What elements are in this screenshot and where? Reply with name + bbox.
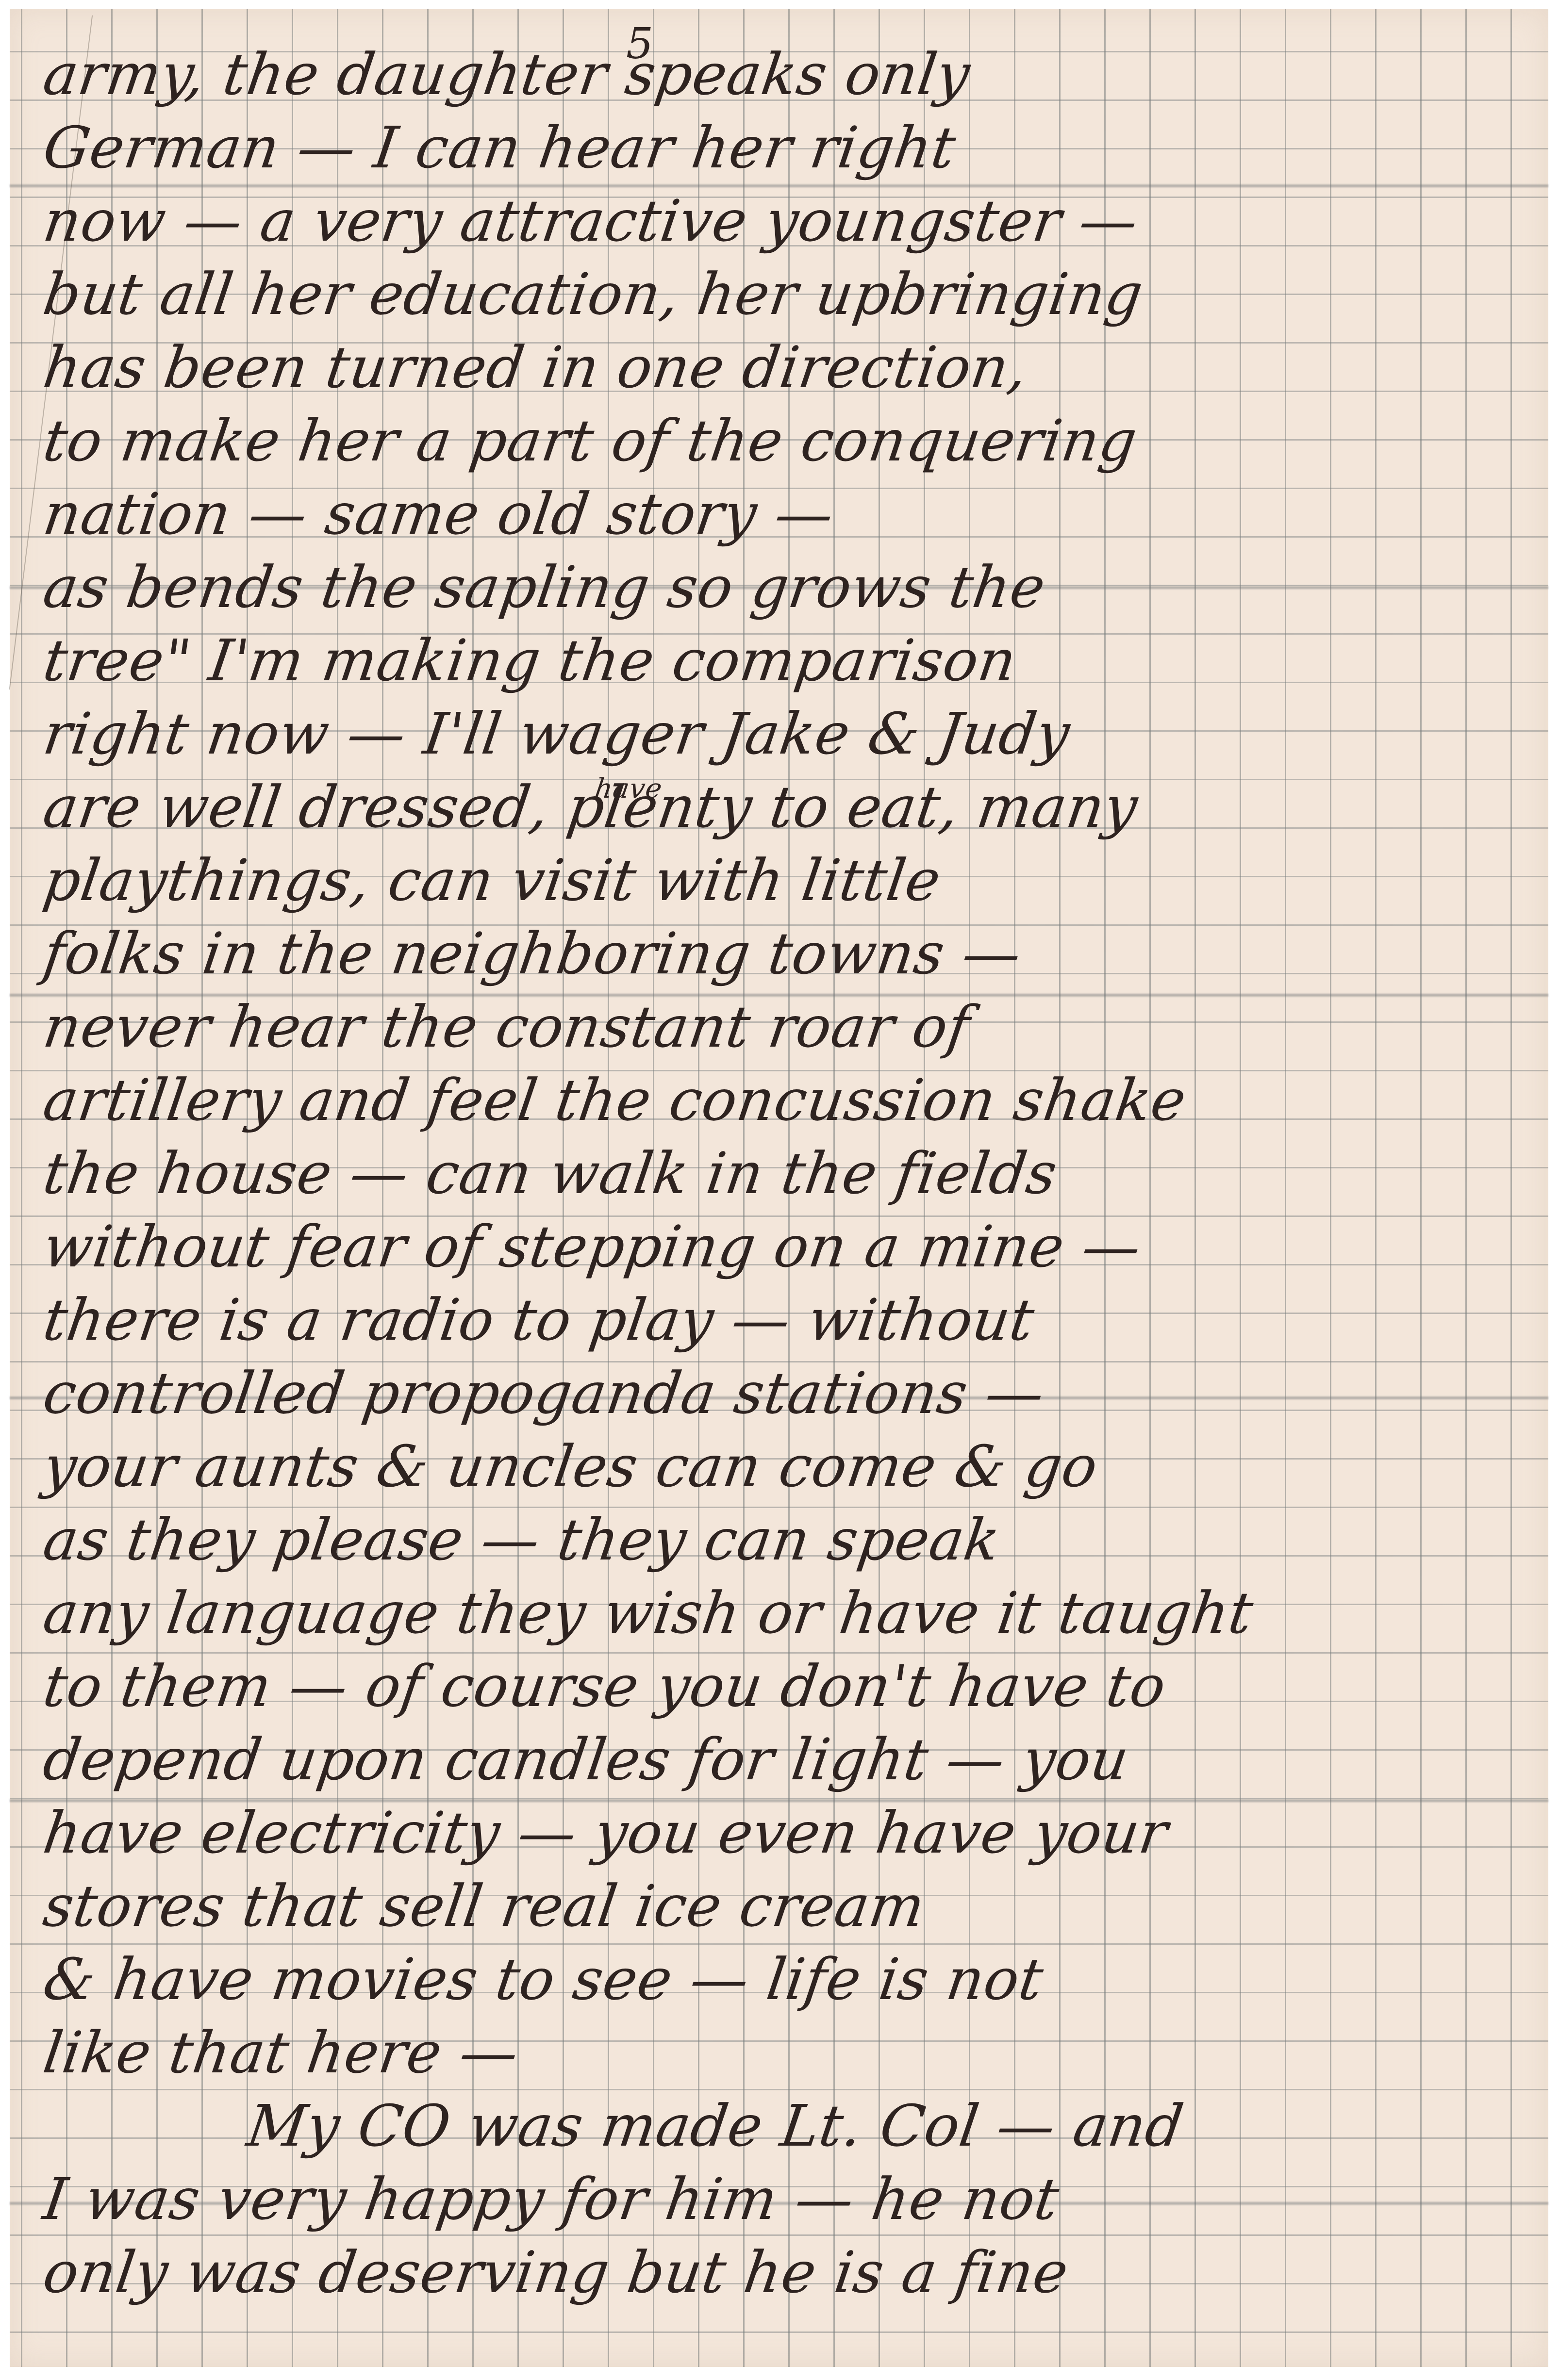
text-line: nation — same old story — [39, 477, 1544, 551]
inserted-word: have [593, 775, 664, 803]
text-line: to them — of course you don't have to [39, 1650, 1544, 1723]
letter-page: 5 army, the daughter speaks only German … [10, 9, 1548, 2367]
text-line-content: as they please — they can speak [39, 1506, 1004, 1573]
text-line-with-insertion: have are well dressed, plenty to eat, ma… [39, 771, 1544, 844]
text-line: the house — can walk in the fields [39, 1137, 1544, 1210]
text-line: have electricity — you even have your [39, 1796, 1544, 1870]
text-line: your aunts & uncles can come & go [39, 1430, 1544, 1503]
text-line: stores that sell real ice cream [39, 1870, 1544, 1943]
text-line: depend upon candles for light — you [39, 1723, 1544, 1796]
text-line: as bends the sapling so grows the [39, 551, 1544, 624]
text-line: without fear of stepping on a mine — [39, 1210, 1544, 1283]
text-line: has been turned in one direction, [39, 331, 1544, 404]
text-line: artillery and feel the concussion shake [39, 1064, 1544, 1137]
text-line: right now — I'll wager Jake & Judy [39, 697, 1544, 771]
text-line: & have movies to see — life is not [39, 1943, 1544, 2016]
text-line: but all her education, her upbringing [39, 258, 1544, 331]
text-line: German — I can hear her right [39, 111, 1544, 184]
text-line: any language they wish or have it taught [39, 1576, 1544, 1650]
text-line: folks in the neighboring towns — [39, 917, 1544, 990]
text-line: only was deserving but he is a fine [39, 2236, 1544, 2309]
text-line: I was very happy for him — he not [39, 2163, 1544, 2236]
text-line: there is a radio to play — without [39, 1283, 1544, 1357]
paragraph-start-line: My CO was made Lt. Col — and [39, 2089, 1544, 2163]
text-line: now — a very attractive youngster — [39, 184, 1544, 258]
text-line: playthings, can visit with little [39, 844, 1544, 917]
text-line: like that here — [39, 2016, 1544, 2089]
text-line: never hear the constant roar of [39, 990, 1544, 1064]
text-line: to make her a part of the conquering [39, 404, 1544, 477]
text-line: tree" I'm making the comparison [39, 624, 1544, 697]
handwritten-text: army, the daughter speaks only German — … [39, 38, 1534, 2309]
text-line-with-strike: as they please — they can speak [39, 1503, 1544, 1576]
text-line: controlled propoganda stations — [39, 1357, 1544, 1430]
text-line-content: are well dressed, plenty to eat, many [39, 773, 1142, 840]
text-line: army, the daughter speaks only [39, 38, 1544, 111]
